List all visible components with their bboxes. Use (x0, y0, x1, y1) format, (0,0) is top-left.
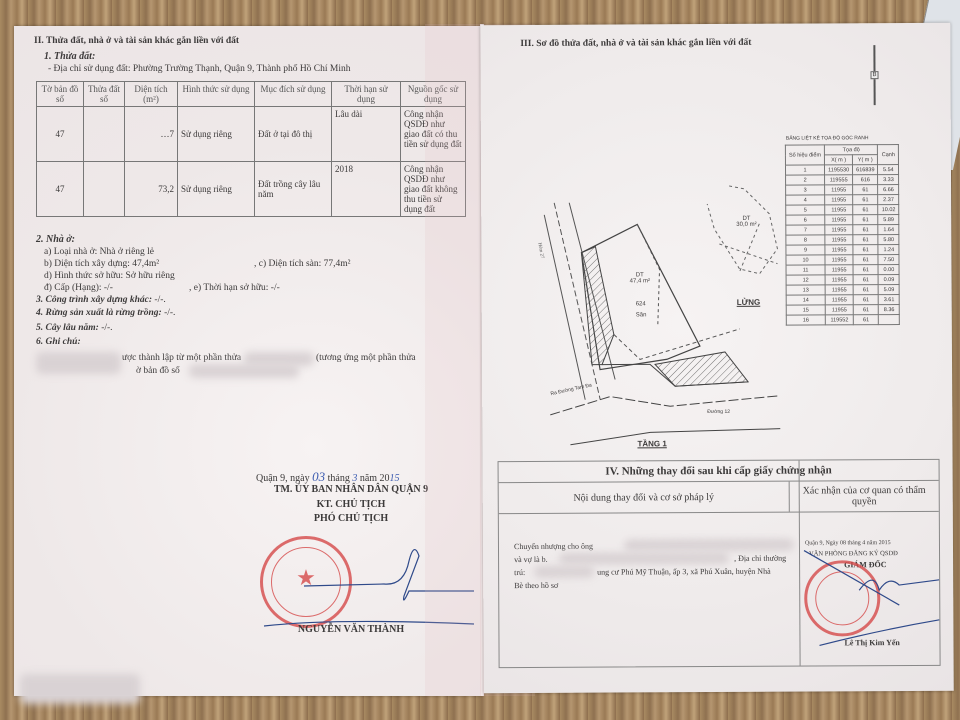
cell: Đất trồng cây lâu năm (255, 162, 332, 217)
upper-area-label: DT 30,0 m² (736, 216, 756, 228)
cell: 61 (853, 185, 878, 195)
cell: 73,2 (125, 162, 178, 217)
cell: 61 (853, 315, 878, 325)
parcel-number: 624 (636, 301, 646, 307)
cell: 4 (786, 195, 825, 205)
cell: 61 (853, 215, 878, 225)
land-heading: 1. Thửa đất: (44, 51, 95, 62)
section-ii-title: II. Thửa đất, nhà ở và tài sản khác gắn … (34, 36, 239, 46)
cell: 61 (853, 285, 878, 295)
cell (879, 315, 900, 325)
cell: 3 (786, 185, 825, 195)
cell: 5.54 (878, 165, 899, 175)
cell: 1.24 (878, 245, 899, 255)
director-name: Lê Thị Kim Yến (844, 638, 899, 647)
right-page: III. Sơ đồ thửa đất, nhà ở và tài sản kh… (480, 23, 953, 693)
table-row: 811955615.80 (786, 235, 899, 246)
build-area: b) Diện tích xây dựng: 47,4m² (44, 259, 159, 269)
th-edge: Cạnh (878, 145, 899, 165)
item-3-label: 3. Công trình xây dựng khác: (36, 295, 152, 305)
item-5: 5. Cây lâu năm: -/-. (36, 323, 113, 333)
cell: 11955 (825, 305, 853, 315)
cell: 0.00 (878, 265, 899, 275)
redaction (20, 674, 140, 704)
cell: 1.64 (878, 225, 899, 235)
table-row: 111955306168395.54 (785, 165, 898, 176)
address-line: - Địa chỉ sử dụng đất: Phường Trường Thạ… (48, 64, 351, 74)
redaction (559, 552, 729, 565)
cell: 2.37 (878, 195, 899, 205)
cell: 5 (786, 205, 825, 215)
date-year: 15 (390, 473, 400, 484)
cell: 61 (853, 195, 878, 205)
cell: Sử dụng riêng (178, 107, 255, 162)
change-line-2b: , Địa chỉ thường (734, 554, 786, 563)
th-parcel: Thửa đất số (84, 82, 125, 107)
coord-header: Số hiệu điểm Tọa độ Cạnh (785, 145, 898, 156)
cell: 16 (786, 315, 825, 325)
th-y: Y( m ) (853, 155, 878, 165)
changes-col2-header: Xác nhận của cơ quan có thẩm quyền (790, 481, 939, 512)
cell: 5.09 (879, 285, 900, 295)
change-line-2a: và vợ là b. (514, 555, 548, 564)
cell: 3.33 (878, 175, 899, 185)
cell: 61 (853, 205, 878, 215)
table-row: 21195556163.33 (786, 175, 899, 186)
table-row: 1411955613.61 (786, 295, 899, 306)
table-row: 1611955261 (786, 315, 899, 326)
cell: 8.36 (879, 305, 900, 315)
floor-area: , c) Diện tích sàn: 77,4m² (254, 259, 351, 269)
cell: 3.61 (879, 295, 900, 305)
cell: 11955 (825, 265, 853, 275)
table-row: 311955616.66 (786, 185, 899, 196)
item-4-value: -/-. (164, 308, 175, 318)
cell: 11955 (825, 275, 853, 285)
cell: 12 (786, 275, 825, 285)
th-use-form: Hình thức sử dụng (178, 82, 255, 107)
redaction (189, 364, 299, 378)
item-5-value: -/-. (101, 323, 112, 333)
table-row: 1511955618.36 (786, 305, 899, 316)
redaction (624, 539, 794, 552)
cell: Sử dụng riêng (178, 162, 255, 217)
changes-section: IV. Những thay đổi sau khi cấp giấy chứn… (498, 459, 941, 668)
change-line-3b: ung cư Phú Mỹ Thuận, ấp 3, xã Phú Xuân, … (597, 567, 771, 577)
cell: 11955 (825, 215, 853, 225)
cell: 7 (786, 225, 825, 235)
changes-header: Nội dung thay đổi và cơ sở pháp lý Xác n… (499, 481, 939, 514)
table-row: 47 …7 Sử dụng riêng Đất ở tại đô thị Lâu… (37, 107, 466, 162)
table-row: 5119556110.02 (786, 205, 899, 216)
date-prefix: Quận 9, ngày (256, 473, 310, 484)
address-label: - Địa chỉ sử dụng đất: (48, 64, 130, 74)
change-line-1: Chuyển nhượng cho ông (514, 542, 593, 551)
cell: 0.09 (879, 275, 900, 285)
th-map-sheet: Tờ bản đồ số (37, 82, 84, 107)
cell: Đất ở tại đô thị (255, 107, 332, 162)
change-line-4: Bè theo hồ sơ (514, 581, 558, 590)
item-4: 4. Rừng sản xuất là rừng trồng: -/-. (36, 308, 175, 318)
cell (84, 162, 125, 217)
cell: 616839 (853, 165, 878, 175)
table-row: 1311955615.09 (786, 285, 899, 296)
cell: 11955 (825, 295, 853, 305)
cell: 61 (853, 265, 878, 275)
cell: 119552 (825, 315, 853, 325)
svg-text:Hẻm 27: Hẻm 27 (536, 242, 544, 259)
cell: 14 (786, 295, 825, 305)
th-point: Số hiệu điểm (785, 145, 824, 165)
cell: 61 (853, 255, 878, 265)
cell: 2018 (332, 162, 401, 217)
cell: 11955 (825, 205, 853, 215)
cell: 7.50 (878, 255, 899, 265)
table-row: 1111955610.00 (786, 265, 899, 276)
left-page: II. Thửa đất, nhà ở và tài sản khác gắn … (14, 26, 482, 696)
table-row: 411955612.37 (786, 195, 899, 206)
cell: 1 (785, 165, 824, 175)
table-row: 911955611.24 (786, 245, 899, 256)
cell: 9 (786, 245, 825, 255)
coord-table: Số hiệu điểm Tọa độ Cạnh X( m ) Y( m ) 1… (785, 144, 900, 326)
note-line-2: ờ bản đồ số (136, 366, 180, 376)
month-label: tháng (328, 473, 350, 484)
cell: 11955 (825, 235, 853, 245)
th-term: Thời hạn sử dụng (332, 82, 401, 107)
cell: 61 (853, 225, 878, 235)
th-coord: Tọa độ (824, 145, 877, 155)
cell: 11955 (825, 255, 853, 265)
th-area: Diện tích (m²) (125, 82, 178, 107)
cell: 119555 (825, 175, 853, 185)
cell: 11955 (825, 195, 853, 205)
cell: 5.80 (878, 235, 899, 245)
cell (84, 107, 125, 162)
cell: 8 (786, 235, 825, 245)
main-area-label: DT 47,4 m² (630, 272, 650, 284)
sign-date: Quận 9, ngày 03 tháng 3 năm 2015 (256, 469, 400, 485)
date-day: 03 (312, 469, 325, 484)
table-row: 1011955617.50 (786, 255, 899, 266)
redaction (534, 566, 594, 578)
note-line-1b: (tương ứng một phần thửa (316, 353, 416, 363)
change-line-3a: trú: (514, 568, 525, 577)
item-3-value: -/-. (154, 295, 165, 305)
cell: 61 (853, 295, 878, 305)
house-heading: 2. Nhà ở: (36, 234, 75, 245)
cell: 61 (853, 275, 878, 285)
changes-col1-header: Nội dung thay đổi và cơ sở pháp lý (499, 482, 790, 514)
grade: đ) Cấp (Hạng): -/- (44, 283, 113, 293)
table-row: 611955615.89 (786, 215, 899, 226)
cell: 13 (786, 285, 825, 295)
cell: 11 (786, 265, 825, 275)
cell: 11955 (825, 245, 853, 255)
table-row: 1211955610.09 (786, 275, 899, 286)
item-5-label: 5. Cây lâu năm: (36, 323, 99, 333)
cell: 61 (853, 305, 878, 315)
north-label: B (871, 71, 879, 79)
ownership-form: d) Hình thức sở hữu: Sở hữu riêng (44, 271, 175, 281)
mezzanine-label: LỬNG (737, 298, 761, 307)
date-month: 3 (352, 473, 357, 484)
table-row: 47 73,2 Sử dụng riêng Đất trồng cây lâu … (37, 162, 466, 217)
cell: Lâu dài (332, 107, 401, 162)
house-type: a) Loại nhà ở: Nhà ở riêng lẻ (44, 247, 154, 257)
cell: 47 (37, 107, 84, 162)
coord-table-title: BẢNG LIỆT KÊ TỌA ĐỘ GÓC RANH (786, 135, 869, 141)
cell: 1195530 (825, 165, 853, 175)
cell: 11955 (825, 285, 853, 295)
cell: 11955 (825, 185, 853, 195)
section-iii-title: III. Sơ đồ thửa đất, nhà ở và tài sản kh… (520, 38, 751, 49)
year-label: năm 20 (360, 473, 390, 484)
cell: 11955 (825, 225, 853, 235)
address-value: Phường Trường Thạnh, Quận 9, Thành phố H… (133, 64, 351, 74)
table-row: 711955611.64 (786, 225, 899, 236)
land-table-header: Tờ bản đồ số Thửa đất số Diện tích (m²) … (37, 82, 466, 107)
cell: 5.89 (878, 215, 899, 225)
item-4-label: 4. Rừng sản xuất là rừng trồng: (36, 308, 162, 318)
cell: 61 (853, 245, 878, 255)
cell: 10 (786, 255, 825, 265)
cell: 10.02 (878, 205, 899, 215)
road-label-12: Đường 12 (707, 409, 730, 415)
ownership-term: , e) Thời hạn sở hữu: -/- (189, 283, 280, 293)
cell: 2 (786, 175, 825, 185)
redaction (36, 352, 121, 374)
cell: 6.66 (878, 185, 899, 195)
th-x: X( m ) (825, 155, 853, 165)
floor-label: TẦNG 1 (637, 439, 666, 448)
yard-label: Sân (636, 312, 647, 318)
cell: …7 (125, 107, 178, 162)
director-signature (799, 520, 940, 651)
cell: 15 (786, 305, 825, 315)
item-6: 6. Ghi chú: (36, 337, 81, 347)
th-purpose: Mục đích sử dụng (255, 82, 332, 107)
cell: 6 (786, 215, 825, 225)
cell: 47 (37, 162, 84, 217)
item-3: 3. Công trình xây dựng khác: -/-. (36, 295, 166, 305)
cell: 61 (853, 235, 878, 245)
changes-title: IV. Những thay đổi sau khi cấp giấy chứn… (499, 460, 939, 483)
note-line-1a: ược thành lập từ một phần thửa (122, 353, 241, 363)
cell: 616 (853, 175, 878, 185)
land-table: Tờ bản đồ số Thửa đất số Diện tích (m²) … (36, 81, 466, 217)
